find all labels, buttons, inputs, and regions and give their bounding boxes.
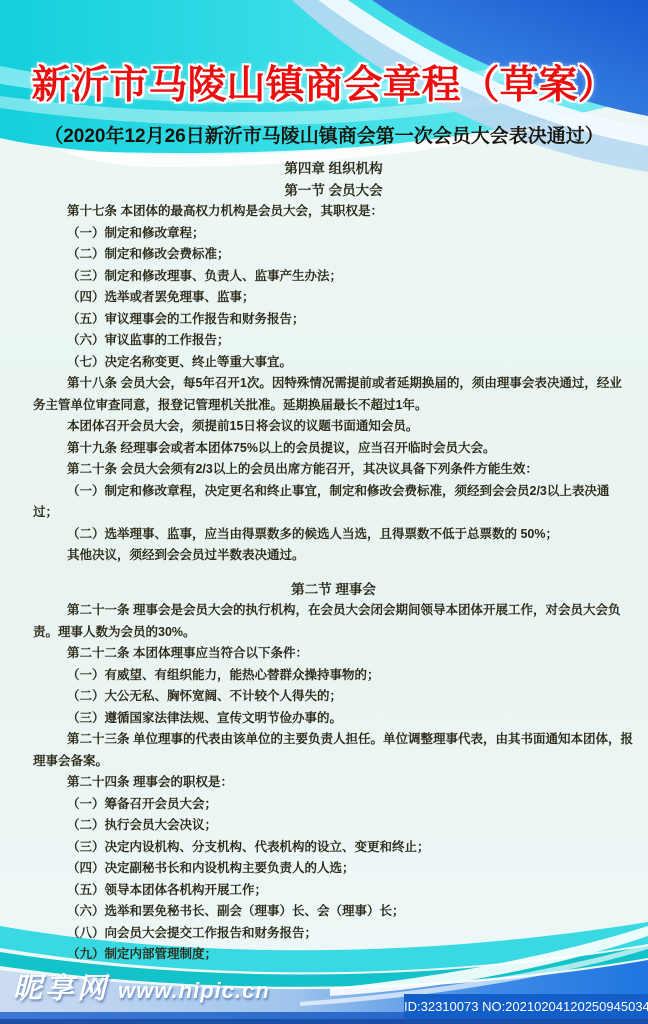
charter-paragraph: （一）制定和修改章程，决定更名和终止事宜，制定和修改会费标准，须经到会会员2/3… [33, 481, 634, 524]
charter-paragraph: （一）有威望、有组织能力，能热心替群众操持事物的； [33, 665, 634, 687]
charter-paragraph: （七）决定名称变更、终止等重大事宜。 [33, 352, 634, 374]
charter-paragraph: （五）审议理事会的工作报告和财务报告； [33, 309, 634, 331]
section-heading: 第二节 理事会 [33, 579, 634, 601]
charter-paragraph: （九）制定内部管理制度； [33, 944, 634, 966]
charter-paragraph: （三）制定和修改理事、负责人、监事产生办法； [33, 266, 634, 288]
image-id-badge: ID:32310073 NO:20210204120250945034 [404, 994, 648, 1019]
watermark: 昵享网 www.nipic.cn [13, 966, 270, 1007]
charter-paragraph: （二）大公无私、胸怀宽阔、不计较个人得失的； [33, 686, 634, 708]
charter-paragraph: 第二十条 会员大会须有2/3以上的会员出席方能召开，其决议具备下列条件方能生效： [33, 459, 634, 481]
charter-paragraph: （三）遵循国家法律法规、宣传文明节俭办事的。 [33, 708, 634, 730]
charter-paragraph: （二）执行会员大会决议； [33, 815, 634, 837]
charter-paragraph: （六）审议监事的工作报告； [33, 330, 634, 352]
watermark-site-name: 昵享网 [13, 966, 109, 1007]
charter-paragraph: 第二十一条 理事会是会员大会的执行机构，在会员大会闭会期间领导本团体开展工作，对… [33, 600, 634, 643]
charter-paragraph: 其他决议，须经到会会员过半数表决通过。 [33, 545, 634, 567]
charter-paragraph: 本团体召开会员大会，须提前15日将会议的议题书面通知会员。 [33, 416, 634, 438]
charter-paragraph: （一）筹备召开会员大会； [33, 794, 634, 816]
charter-paragraph: 第二十三条 单位理事的代表由该单位的主要负责人担任。单位调整理事代表，由其书面通… [33, 729, 634, 772]
charter-paragraph: 第十七条 本团体的最高权力机构是会员大会，其职权是： [33, 201, 634, 223]
charter-paragraph: （三）决定内设机构、分支机构、代表机构的设立、变更和终止； [33, 837, 634, 859]
charter-paragraph: 第二十二条 本团体理事应当符合以下条件： [33, 643, 634, 665]
charter-paragraph: （八）向会员大会提交工作报告和财务报告； [33, 923, 634, 945]
section-heading: 第四章 组织机构 [33, 158, 634, 180]
charter-paragraph: 第二十四条 理事会的职权是： [33, 772, 634, 794]
charter-paragraph: （四）决定副秘书长和内设机构主要负责人的人选； [33, 858, 634, 880]
charter-paragraph: （一）制定和修改章程； [33, 223, 634, 245]
charter-paragraph: （六）选举和罢免秘书长、副会（理事）长、会（理事）长； [33, 901, 634, 923]
charter-paragraph: 第十九条 经理事会或者本团体75%以上的会员提议，应当召开临时会员大会。 [33, 438, 634, 460]
section-heading: 第一节 会员大会 [33, 180, 634, 202]
charter-poster: 新沂市马陵山镇商会章程（草案） （2020年12月26日新沂市马陵山镇商会第一次… [0, 0, 648, 1024]
charter-body: 第四章 组织机构 第一节 会员大会 第十七条 本团体的最高权力机构是会员大会，其… [33, 158, 634, 966]
page-subtitle: （2020年12月26日新沂市马陵山镇商会第一次会员大会表决通过） [0, 121, 648, 148]
content-layer: 新沂市马陵山镇商会章程（草案） （2020年12月26日新沂市马陵山镇商会第一次… [0, 0, 648, 1024]
charter-paragraph: （五）领导本团体各机构开展工作； [33, 880, 634, 902]
charter-paragraph: （四）选举或者罢免理事、监事； [33, 287, 634, 309]
page-title: 新沂市马陵山镇商会章程（草案） [0, 54, 648, 110]
charter-paragraph: 第十八条 会员大会，每5年召开1次。因特殊情况需提前或者延期换届的，须由理事会表… [33, 373, 634, 416]
charter-paragraph: （二）制定和修改会费标准； [33, 244, 634, 266]
charter-paragraph: （二）选举理事、监事，应当由得票数多的候选人当选，且得票数不低于总票数的 50%… [33, 524, 634, 546]
watermark-url: www.nipic.cn [118, 978, 270, 1004]
